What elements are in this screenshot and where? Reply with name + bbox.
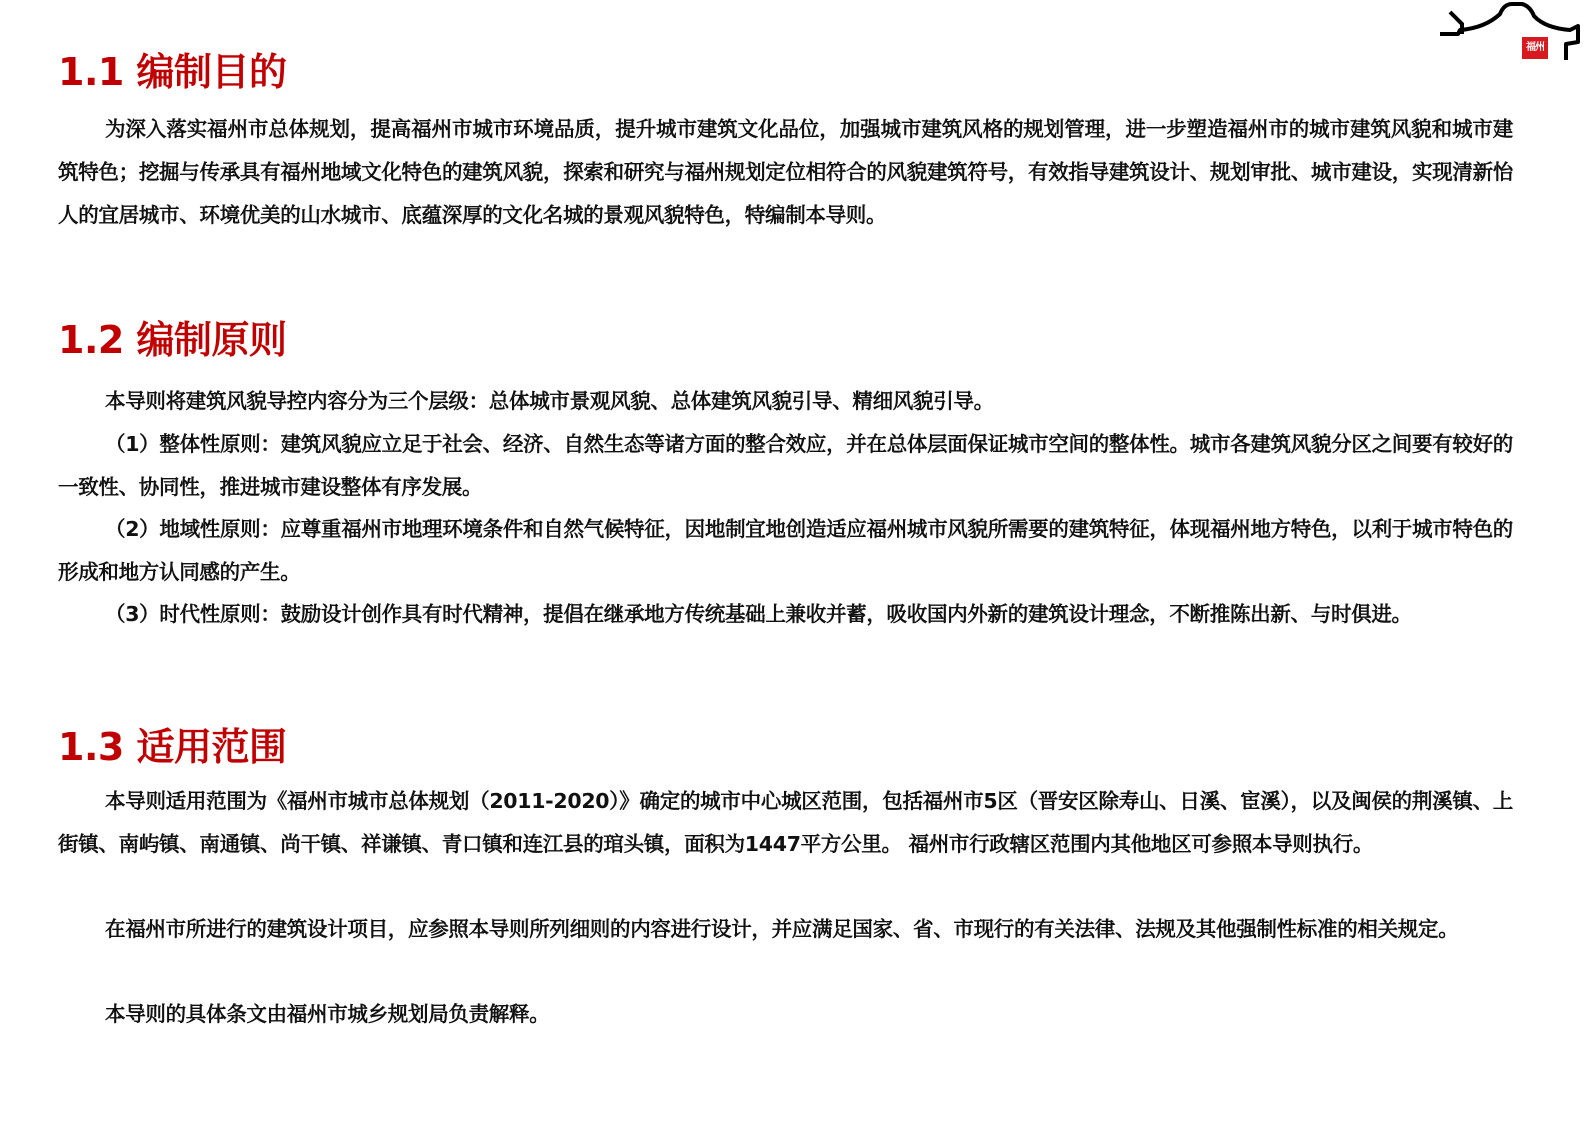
paragraph-purpose: 为深入落实福州市总体规划，提高福州市城市环境品质，提升城市建筑文化品位，加强城市… — [58, 108, 1513, 237]
paragraph-principle-modernity: （3）时代性原则：鼓励设计创作具有时代精神，提倡在继承地方传统基础上兼收并蓄，吸… — [58, 593, 1513, 636]
section-heading-scope: 1.3 适用范围 — [58, 725, 287, 769]
seal-stamp: 福州 — [1522, 37, 1548, 59]
paragraph-scope-interpretation: 本导则的具体条文由福州市城乡规划局负责解释。 — [58, 993, 1513, 1036]
section-heading-principles: 1.2 编制原则 — [58, 318, 287, 362]
paragraph-scope-range: 本导则适用范围为《福州市城市总体规划（2011-2020）》确定的城市中心城区范… — [58, 780, 1513, 866]
paragraph-principle-integrity: （1）整体性原则：建筑风貌应立足于社会、经济、自然生态等诸方面的整合效应，并在总… — [58, 423, 1513, 509]
section-heading-purpose: 1.1 编制目的 — [58, 50, 287, 94]
paragraph-principle-locality: （2）地域性原则：应尊重福州市地理环境条件和自然气候特征，因地制宜地创造适应福州… — [58, 508, 1513, 594]
roof-eave-icon — [1440, 0, 1587, 70]
roof-eave-logo — [1440, 0, 1587, 70]
paragraph-principles-intro: 本导则将建筑风貌导控内容分为三个层级：总体城市景观风貌、总体建筑风貌引导、精细风… — [58, 380, 1513, 423]
paragraph-scope-projects: 在福州市所进行的建筑设计项目，应参照本导则所列细则的内容进行设计，并应满足国家、… — [58, 908, 1513, 951]
